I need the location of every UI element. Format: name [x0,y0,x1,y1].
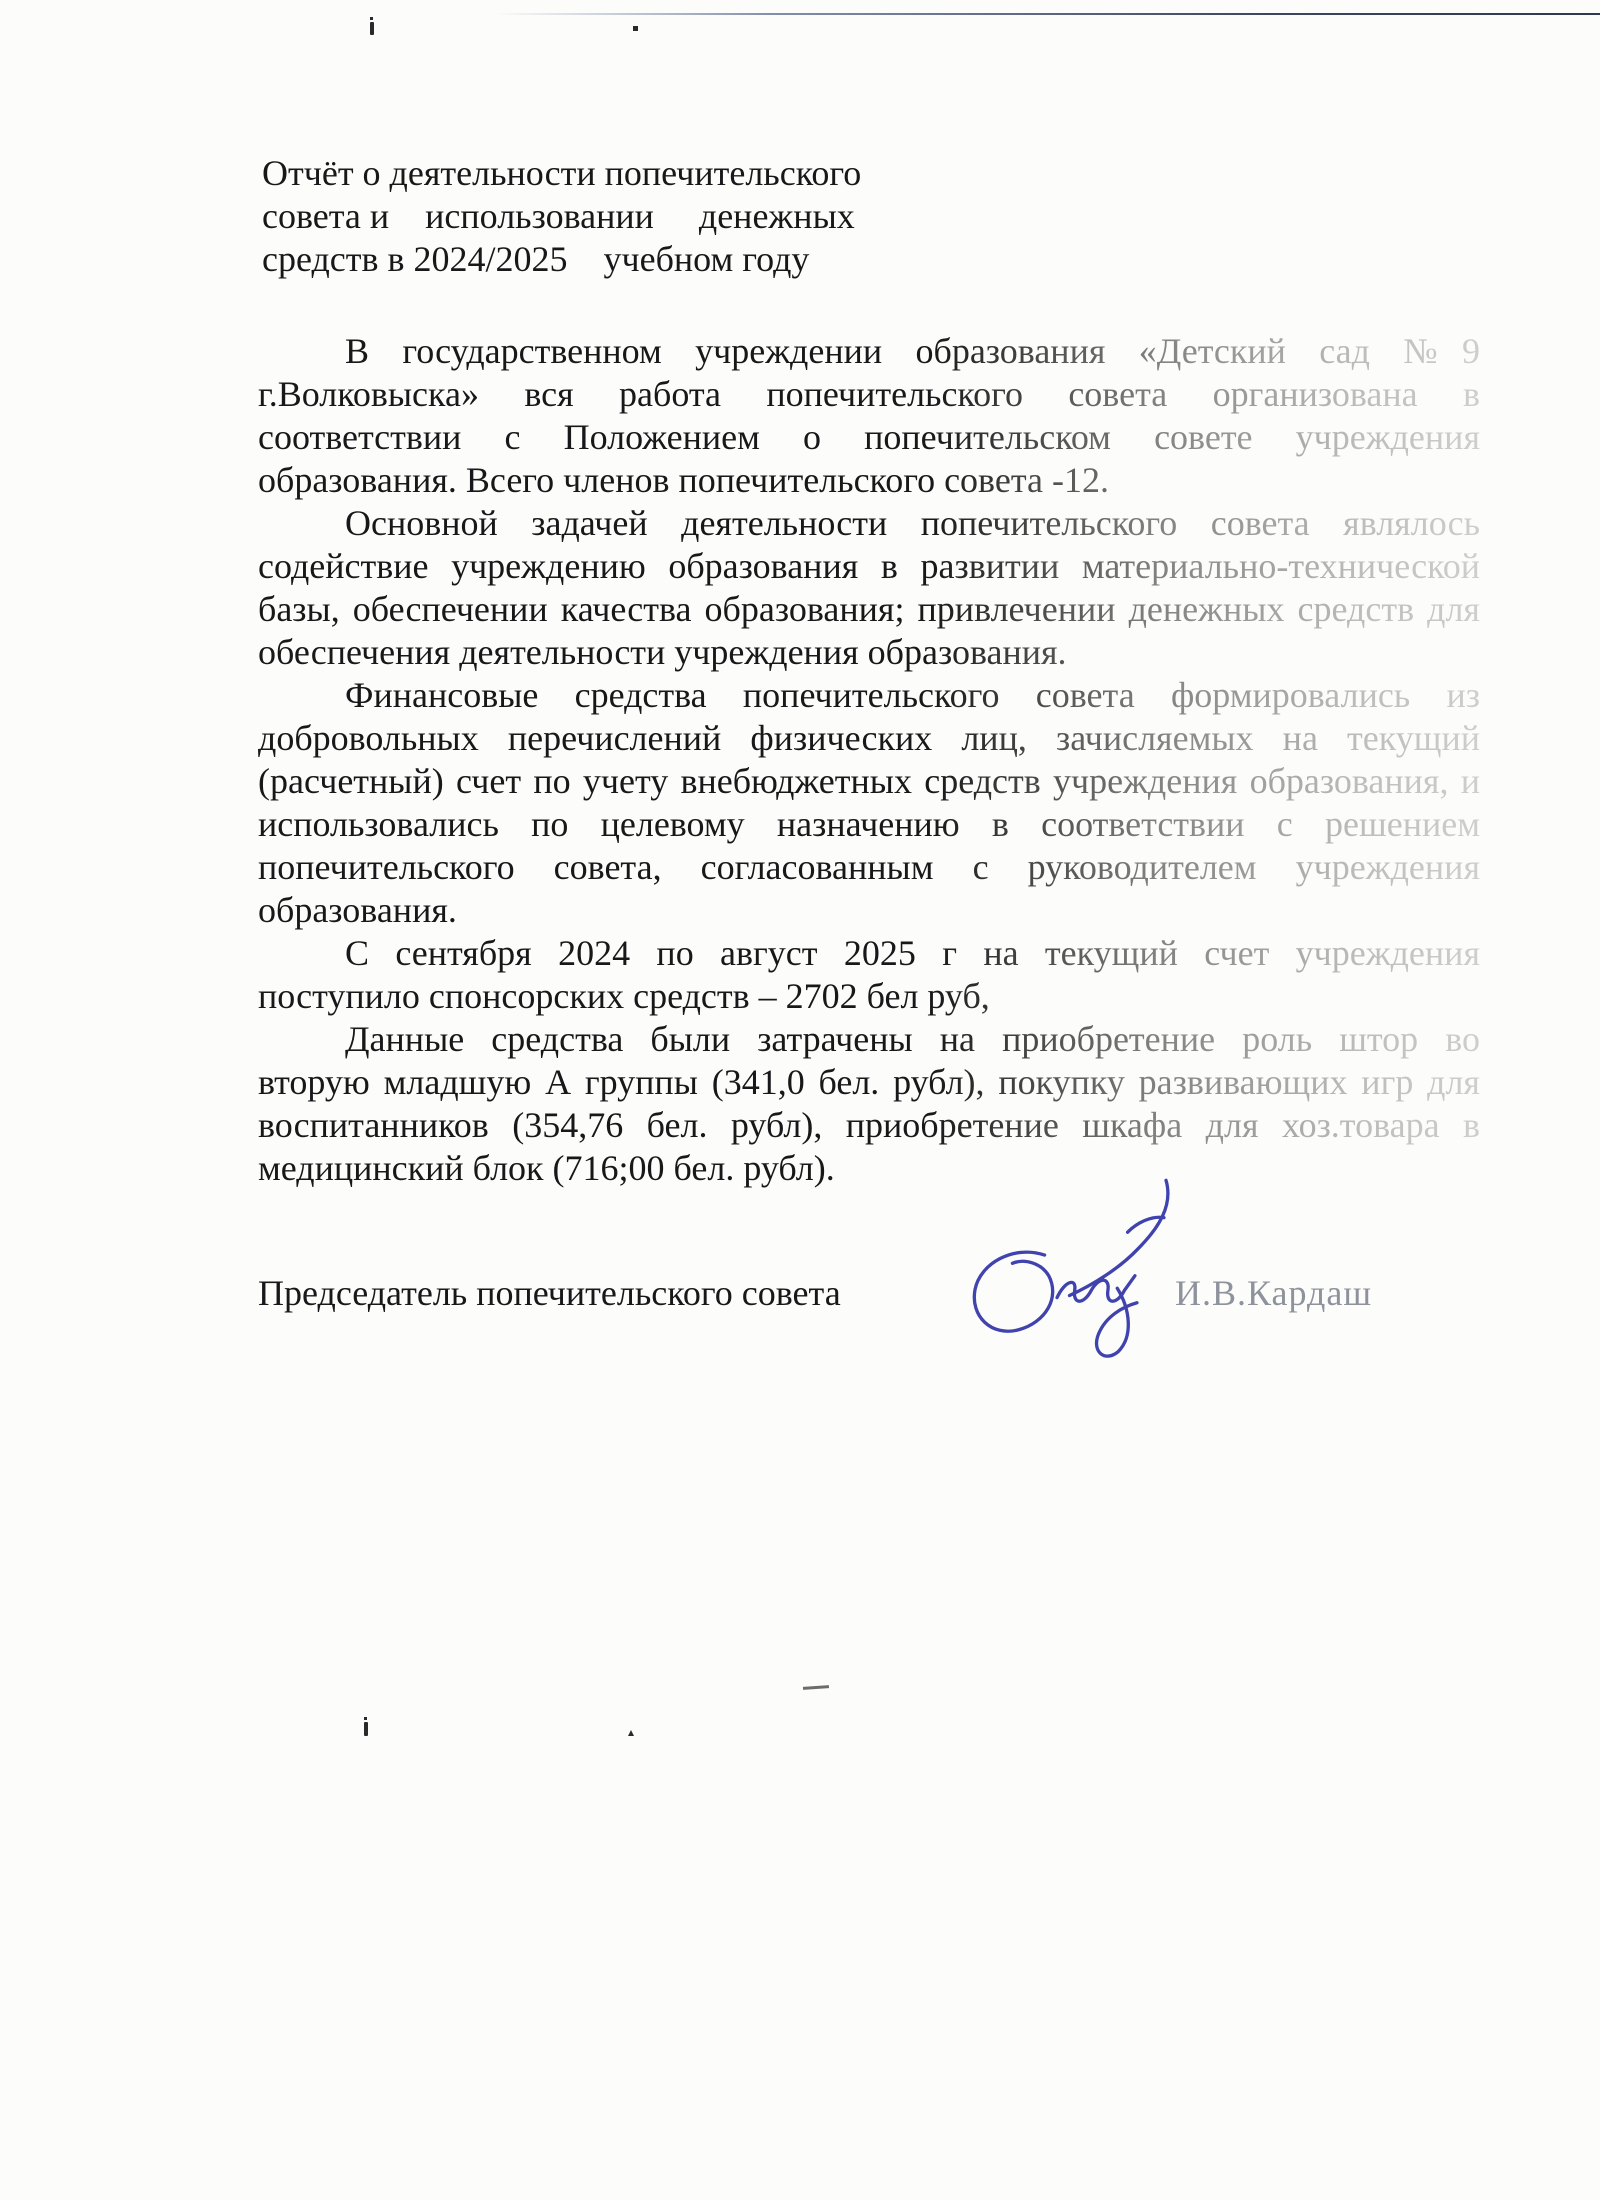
paragraph-line: воспитанников (354,76 бел. рубл), приобр… [258,1104,1480,1147]
paragraph-line: медицинский блок (716;00 бел. рубл). [258,1147,1480,1190]
paragraph-line: поступило спонсорских средств – 2702 бел… [258,975,1480,1018]
title-line: Отчёт о деятельности попечительского [262,152,902,195]
signature-label: Председатель попечительского совета [258,1273,841,1313]
scanned-document-page: Отчёт о деятельности попечительскогосове… [0,0,1600,2200]
title-line: совета и использовании денежных [262,195,902,238]
paragraph-line: Основной задачей деятельности попечитель… [258,502,1480,545]
scan-edge-line [495,13,1600,15]
paragraph-line: В государственном учреждении образования… [258,330,1480,373]
scan-artifact [364,1722,368,1736]
scan-artifact [370,22,374,35]
scan-artifact [628,1730,634,1736]
paragraph-line: обеспечения деятельности учреждения обра… [258,631,1480,674]
scan-artifact [633,26,638,31]
paragraph-line: г.Волковыска» вся работа попечительского… [258,373,1480,416]
paragraph-line: С сентября 2024 по август 2025 г на теку… [258,932,1480,975]
title-line: средств в 2024/2025 учебном году [262,238,902,281]
paragraph-line: образования. Всего членов попечительског… [258,459,1480,502]
paragraph-line: базы, обеспечении качества образования; … [258,588,1480,631]
paragraph-line: попечительского совета, согласованным с … [258,846,1480,889]
paragraph-line: использовались по целевому назначению в … [258,803,1480,846]
paragraph-line: вторую младшую А группы (341,0 бел. рубл… [258,1061,1480,1104]
signature-row: Председатель попечительского совета И.В.… [258,1272,1480,1332]
document-title: Отчёт о деятельности попечительскогосове… [262,152,902,281]
paragraph-line: Данные средства были затрачены на приобр… [258,1018,1480,1061]
document-body: В государственном учреждении образования… [258,330,1480,1190]
paragraph-line: образования. [258,889,1480,932]
paragraph-line: соответствии с Положением о попечительск… [258,416,1480,459]
paragraph-line: добровольных перечислений физических лиц… [258,717,1480,760]
paragraph-line: (расчетный) счет по учету внебюджетных с… [258,760,1480,803]
paragraph-line: содействие учреждению образования в разв… [258,545,1480,588]
handwritten-signature [952,1172,1214,1364]
paragraph-line: Финансовые средства попечительского сове… [258,674,1480,717]
scan-artifact [803,1685,829,1690]
